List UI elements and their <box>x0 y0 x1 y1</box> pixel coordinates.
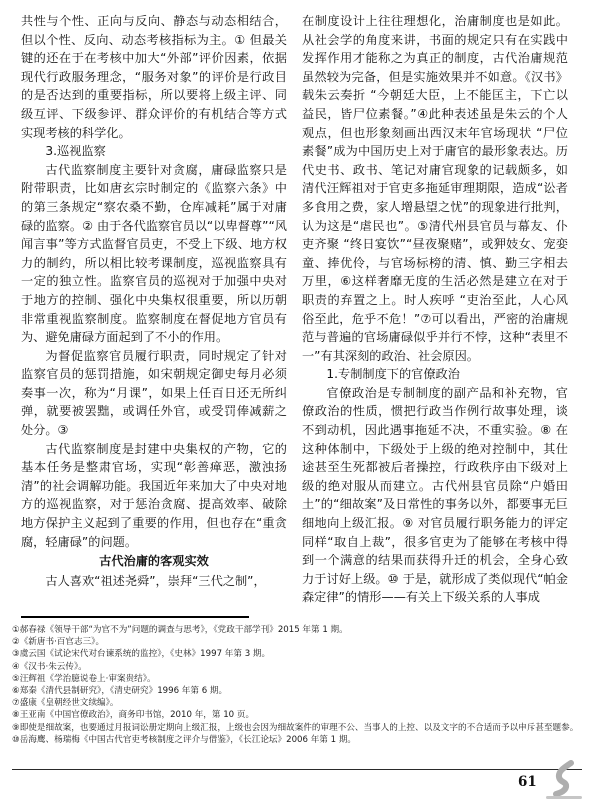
paragraph: 共性与个性、正向与反向、静态与动态相结合，但以个性、反向、动态考核指标为主。① … <box>21 12 287 142</box>
footnote: ⑩岳海鹰、杨瑞梅《中国古代官吏考核制度之评介与借鉴》，《长江论坛》2006 年第… <box>12 734 580 746</box>
footnote-divider <box>21 616 249 618</box>
paragraph: 官僚政治是专制制度的副产品和补充物，官僚政治的性质，惯把行政当作例行故事处理，谈… <box>302 384 568 607</box>
article-body: 共性与个性、正向与反向、静态与动态相结合，但以个性、反向、动态考核指标为主。① … <box>0 0 590 612</box>
footnote: ⑦盛康《皇朝经世文续编》。 <box>12 697 580 709</box>
subsection-title: 3.巡视监察 <box>21 142 287 161</box>
paragraph: 古人喜欢“祖述尧舜”，崇拜“三代之制”， <box>21 572 287 591</box>
paragraph: 古代监察制度主要针对贪腐，庸碌监察只是附带职责，比如唐玄宗时制定的《监察六条》中… <box>21 161 287 347</box>
footnote: ④《汉书·朱云传》。 <box>12 661 580 673</box>
page-number: 61 <box>518 774 537 790</box>
footnote: ③虞云国《试论宋代对台谏系统的监控》，《史林》1997 年第 3 期。 <box>12 648 580 660</box>
paragraph: 古代监察制度是封建中央集权的产物，它的基本任务是整肃官场，实现“彰善瘅恶，激浊扬… <box>21 440 287 552</box>
footnote: ①郝春禄《领导干部“为官不为”问题的调查与思考》，《党政干部学刊》2015 年第… <box>12 624 580 636</box>
paragraph: 在制度设计上往往理想化，治庸制度也是如此。从社会学的角度来讲，书面的规定只有在实… <box>302 12 568 365</box>
subsection-title: 1.专制制度下的官僚政治 <box>302 365 568 384</box>
footer-divider <box>12 769 582 770</box>
footnote: ⑤汪辉祖《学治臆说卷上·审案贵结》。 <box>12 673 580 685</box>
footnote: ⑧王亚南《中国官僚政治》，商务印书馆，2010 年，第 10 页。 <box>12 709 580 721</box>
footnote: ⑥郑秦《清代县制研究》，《清史研究》1996 年第 6 期。 <box>12 685 580 697</box>
footnote: ⑨即使是细故案，也要通过月报词讼册定期向上级汇报，上级也会因为细故案件的审理不公… <box>12 722 580 734</box>
journal-page: 共性与个性、正向与反向、静态与动态相结合，但以个性、反向、动态考核指标为主。① … <box>0 0 590 808</box>
paragraph: 为督促监察官员履行职责，同时规定了针对监察官员的惩罚措施，如宋朝规定御史每月必须… <box>21 347 287 440</box>
section-heading: 古代治庸的客观实效 <box>21 552 287 571</box>
journal-logo-icon <box>543 760 585 802</box>
footnote: ②《新唐书·百官志三》。 <box>12 636 580 648</box>
right-column: 在制度设计上往往理想化，治庸制度也是如此。从社会学的角度来讲，书面的规定只有在实… <box>302 12 568 612</box>
left-column: 共性与个性、正向与反向、静态与动态相结合，但以个性、反向、动态考核指标为主。① … <box>21 12 287 612</box>
footnotes-block: ①郝春禄《领导干部“为官不为”问题的调查与思考》，《党政干部学刊》2015 年第… <box>12 624 580 746</box>
